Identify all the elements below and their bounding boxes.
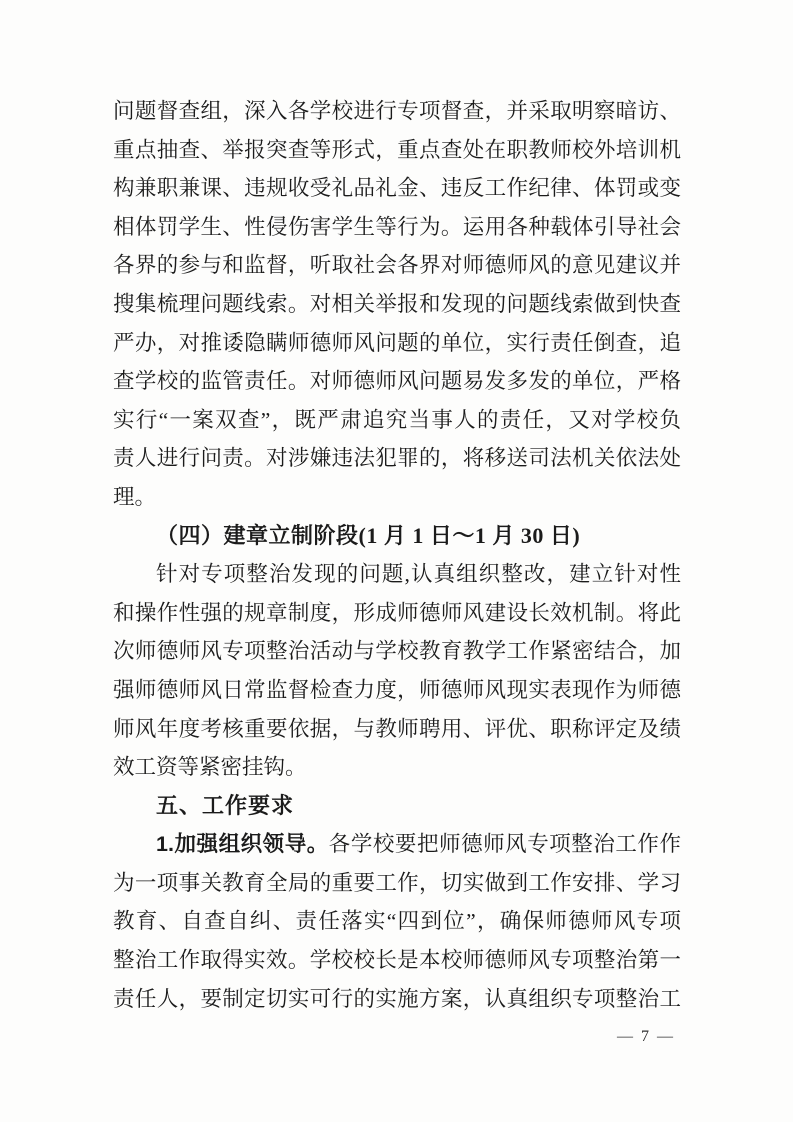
text-line: 和操作性强的规章制度，形成师德师风建设长效机制。将此 bbox=[113, 594, 681, 633]
text-line: 构兼职兼课、违规收受礼品礼金、违反工作纪律、体罚或变 bbox=[113, 169, 681, 208]
text-line: 重点抽查、举报突查等形式，重点查处在职教师校外培训机 bbox=[113, 131, 681, 170]
text-line: 教育、自查自纠、责任落实“四到位”，确保师德师风专项 bbox=[113, 902, 681, 941]
item1-lead: 1.加强组织领导。 bbox=[156, 832, 329, 856]
text-line: 针对专项整治发现的问题,认真组织整改，建立针对性 bbox=[113, 555, 681, 594]
item1-first-line-rest: 各学校要把师德师风专项整治工作作 bbox=[329, 832, 681, 856]
text-line: 1.加强组织领导。各学校要把师德师风专项整治工作作 bbox=[113, 825, 681, 864]
page-number: — 7 — bbox=[617, 1028, 675, 1046]
text-line: 责任人，要制定切实可行的实施方案，认真组织专项整治工 bbox=[113, 980, 681, 1019]
text-line: 理。 bbox=[113, 478, 681, 517]
page-content: 问题督查组，深入各学校进行专项督查，并采取明察暗访、 重点抽查、举报突查等形式，… bbox=[113, 92, 681, 1018]
section4-paragraph: 针对专项整治发现的问题,认真组织整改，建立针对性 和操作性强的规章制度，形成师德… bbox=[113, 555, 681, 787]
section-heading-5: 五、工作要求 bbox=[113, 787, 681, 826]
text-line: 次师德师风专项整治活动与学校教育教学工作紧密结合，加 bbox=[113, 632, 681, 671]
text-line: 搜集梳理问题线索。对相关举报和发现的问题线索做到快查 bbox=[113, 285, 681, 324]
text-line: 整治工作取得实效。学校校长是本校师德师风专项整治第一 bbox=[113, 941, 681, 980]
text-line: 相体罚学生、性侵伤害学生等行为。运用各种载体引导社会 bbox=[113, 208, 681, 247]
text-line: 问题督查组，深入各学校进行专项督查，并采取明察暗访、 bbox=[113, 92, 681, 131]
text-line: 实行“一案双查”，既严肃追究当事人的责任，又对学校负 bbox=[113, 401, 681, 440]
text-line: 师风年度考核重要依据，与教师聘用、评优、职称评定及绩 bbox=[113, 710, 681, 749]
text-line: 严办，对推诿隐瞒师德师风问题的单位，实行责任倒查，追 bbox=[113, 324, 681, 363]
document-page: 问题督查组，深入各学校进行专项督查，并采取明察暗访、 重点抽查、举报突查等形式，… bbox=[0, 0, 793, 1122]
text-line: 查学校的监管责任。对师德师风问题易发多发的单位，严格 bbox=[113, 362, 681, 401]
text-line: 为一项事关教育全局的重要工作，切实做到工作安排、学习 bbox=[113, 864, 681, 903]
section-heading-4: （四）建章立制阶段(1 月 1 日～1 月 30 日) bbox=[113, 517, 681, 556]
text-line: 责人进行问责。对涉嫌违法犯罪的，将移送司法机关依法处 bbox=[113, 439, 681, 478]
text-line: 效工资等紧密挂钩。 bbox=[113, 748, 681, 787]
paragraph-continued: 问题督查组，深入各学校进行专项督查，并采取明察暗访、 重点抽查、举报突查等形式，… bbox=[113, 92, 681, 517]
section5-item1-paragraph: 1.加强组织领导。各学校要把师德师风专项整治工作作 为一项事关教育全局的重要工作… bbox=[113, 825, 681, 1018]
text-line: 各界的参与和监督，听取社会各界对师德师风的意见建议并 bbox=[113, 246, 681, 285]
text-line: 强师德师风日常监督检查力度，师德师风现实表现作为师德 bbox=[113, 671, 681, 710]
